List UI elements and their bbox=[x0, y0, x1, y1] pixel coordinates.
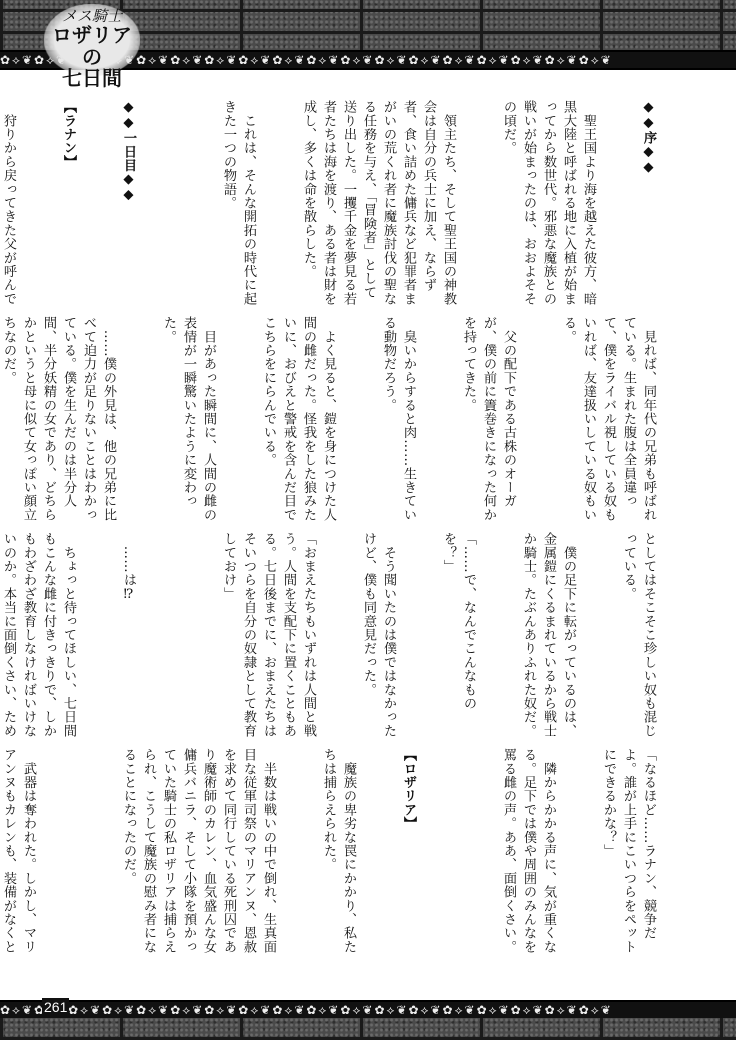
paragraph: 聖王国より海を越えた彼方、暗黒大陸と呼ばれる地に入植が始まってから数世代。邪悪な… bbox=[498, 100, 598, 308]
book-title-logo: メス騎士 ロザリアの 七日間 bbox=[44, 4, 140, 76]
logo-line-1: メス騎士 bbox=[44, 8, 140, 24]
page-number: 261 bbox=[42, 998, 69, 1016]
dialogue: 「おまえたちもいずれは人間と戦う。人間を支配下に置くこともある。七日後までに、お… bbox=[218, 532, 318, 740]
text-band-2: 見れば、同年代の兄弟も呼ばれている。生まれた腹は全員違って、僕をライバル視してい… bbox=[38, 316, 698, 524]
logo-line-3: 七日間 bbox=[44, 68, 140, 88]
paragraph: ……僕の外見は、他の兄弟に比べて迫力が足りないことはわかっている。僕を生んだのは… bbox=[0, 316, 118, 524]
paragraph: 目があった瞬間に、人間の雌の表情が一瞬驚いたように変わった。 bbox=[158, 316, 218, 524]
text-band-4: 「なるほど……ラナン、競争だよ。誰が上手にこいつらをペットにできるかな？」 隣か… bbox=[38, 748, 698, 956]
footer-ornament-border: ✿⟡❦✿⟡❦✿⟡❦✿⟡❦✿⟡❦✿⟡❦✿⟡❦✿⟡❦✿⟡❦✿⟡❦✿⟡❦✿⟡❦✿⟡❦✿… bbox=[0, 1000, 736, 1020]
paragraph: そう聞いたのは僕ではなかったけど、僕も同意見だった。 bbox=[358, 532, 398, 740]
dialogue: 「なるほど……ラナン、競争だよ。誰が上手にこいつらをペットにできるかな？」 bbox=[598, 748, 658, 956]
paragraph: 僕の足下に転がっているのは、金属鎧にくるまれているから戦士か騎士。たぶんありふれ… bbox=[518, 532, 578, 740]
section-heading: ◆◆一日目◆◆ bbox=[118, 100, 138, 308]
paragraph: 臭いからすると肉……生きている動物だろう。 bbox=[378, 316, 418, 524]
paragraph: ……は⁉ bbox=[118, 532, 138, 740]
paragraph: 父の配下である古株のオーガが、僕の前に簀巻きになった何かを持ってきた。 bbox=[458, 316, 518, 524]
logo-line-2: ロザリアの bbox=[44, 24, 140, 68]
paragraph: 領主たち、そして聖王国の神教会は自分の兵士に加え、ならず者、食い詰めた傭兵など犯… bbox=[298, 100, 458, 308]
text-band-3: としてはそこそこ珍しい奴も混じっている。 僕の足下に転がっているのは、金属鎧にく… bbox=[38, 532, 698, 740]
dialogue: 「……で、なんでこんなものを？」 bbox=[438, 532, 478, 740]
paragraph: 魔族の卑劣な罠にかかり、私たちは捕らえられた。 bbox=[318, 748, 358, 956]
text-band-1: ◆◆序◆◆ 聖王国より海を越えた彼方、暗黒大陸と呼ばれる地に入植が始まってから数… bbox=[38, 100, 698, 308]
paragraph: 武器は奪われた。しかし、マリアンヌもカレンも、装備がなくとも奇跡や呪文を呼び起こ… bbox=[0, 748, 38, 956]
paragraph: ちょっと待ってほしい、七日間もこんな雌に付きっきりで、しかもわざわざ教育しなけれ… bbox=[0, 532, 78, 740]
paragraph: 半数は戦いの中で倒れ、生真面目な従軍司祭のマリアンヌ、恩赦を求めて同行している死… bbox=[118, 748, 278, 956]
paragraph: としてはそこそこ珍しい奴も混じっている。 bbox=[618, 532, 658, 740]
paragraph: 見れば、同年代の兄弟も呼ばれている。生まれた腹は全員違って、僕をライバル視してい… bbox=[558, 316, 658, 524]
speaker-heading: 【ロザリア】 bbox=[398, 748, 418, 956]
footer-brick-background bbox=[0, 1018, 736, 1040]
paragraph: 狩りから戻ってきた父が呼んでいる。僕……魔族の一部族を治める首魁の子であるラナン… bbox=[0, 100, 18, 308]
paragraph: これは、そんな開拓の時代に起きた一つの物語。 bbox=[218, 100, 258, 308]
speaker-heading: 【ラナン】 bbox=[58, 100, 78, 308]
paragraph: 隣からかかる声に、気が重くなる。足下では僕や周囲のみんなを罵る雌の声。ああ、面倒… bbox=[498, 748, 558, 956]
paragraph: よく見ると、鎧を身につけた人間の雌だった。怪我をした狼みたいに、おびえと警戒を含… bbox=[258, 316, 338, 524]
section-heading: ◆◆序◆◆ bbox=[638, 100, 658, 308]
